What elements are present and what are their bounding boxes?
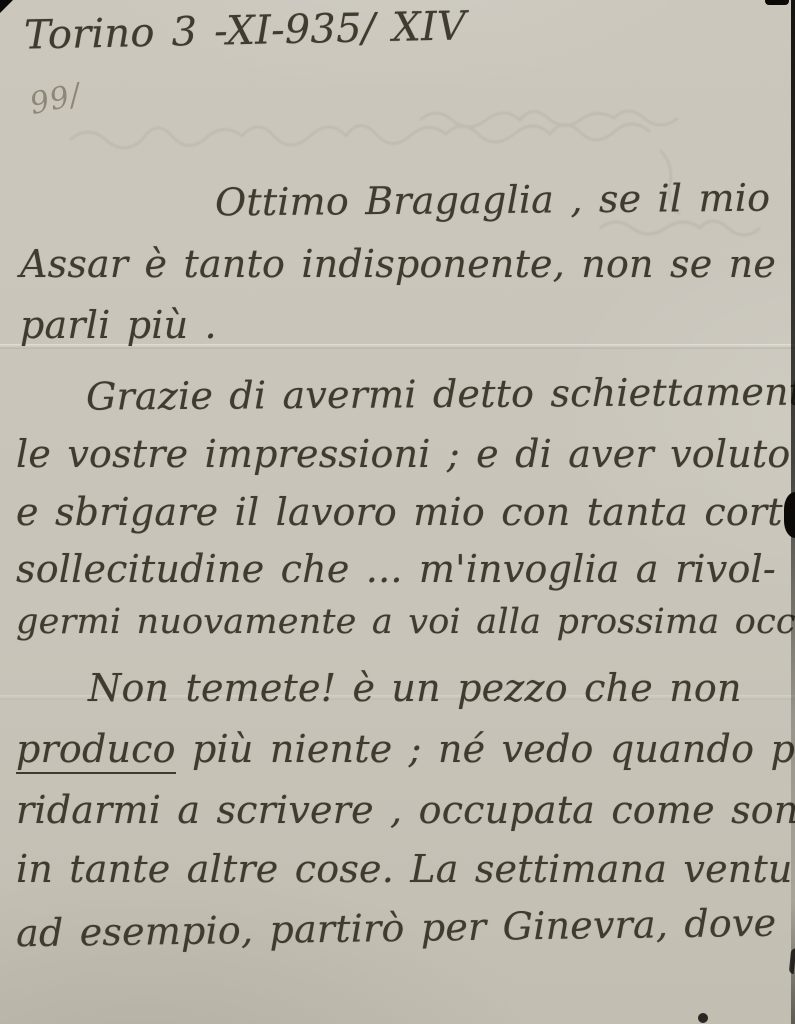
line-remainder: più niente ; né vedo quando potrò [176, 727, 795, 771]
handwritten-line: sollecitudine che ... m'invoglia a rivol… [16, 547, 776, 591]
scan-corner-top-left [0, 0, 13, 13]
handwritten-line: Assar è tanto indisponente, non se ne [20, 242, 776, 286]
handwritten-line: ad esempio, partirò per Ginevra, dove [16, 901, 777, 956]
dateline: Torino 3 -XI-935/ XIV [24, 3, 467, 58]
handwritten-line: le vostre impressioni ; e di aver voluto… [16, 432, 795, 476]
handwritten-line: Ottimo Bragaglia , se il mio [215, 176, 771, 225]
scan-edge-notch [784, 492, 795, 538]
handwritten-line: Non temete! è un pezzo che non [88, 666, 742, 710]
handwritten-line: in tante altre cose. La settimana ventur… [16, 847, 795, 891]
handwritten-line: produco più niente ; né vedo quando potr… [16, 727, 795, 771]
scan-speck [698, 1013, 708, 1023]
handwritten-line: germi nuovamente a voi alla prossima occ… [16, 602, 795, 642]
handwritten-line: ridarmi a scrivere , occupata come sono [16, 788, 795, 832]
scan-edge-top-right [765, 0, 789, 5]
handwritten-line: e sbrigare il lavoro mio con tanta corte… [16, 490, 795, 534]
handwritten-line: Grazie di avermi detto schiettamente [86, 369, 795, 418]
letter-page: Torino 3 -XI-935/ XIV 99/ Ottimo Bragagl… [0, 0, 795, 1024]
handwritten-line: parli più . [20, 303, 217, 347]
underlined-word: produco [16, 727, 176, 774]
